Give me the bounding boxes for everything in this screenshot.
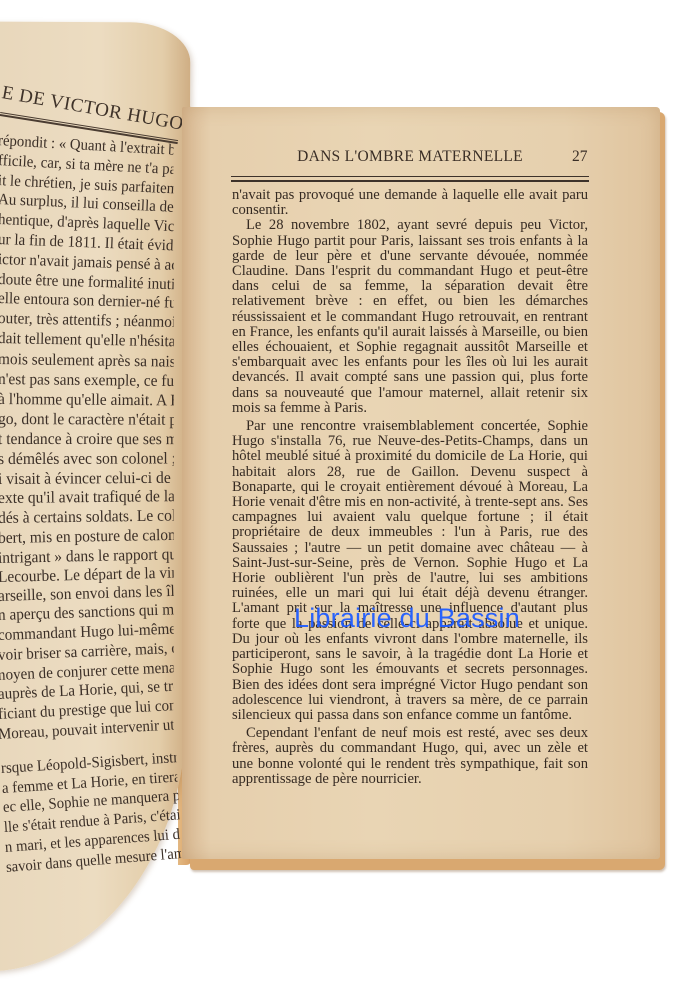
body-text: n'avait pas provoqué une demande à laque…: [232, 188, 588, 787]
left-page-line: outer, très attentifs ; néanmoins, le: [0, 310, 174, 332]
left-page-text: répondit : « Quant à l'extrait bapfficil…: [0, 0, 200, 900]
header-rule-thin: [231, 176, 589, 177]
paragraph: Par une rencontre vraisemblablement conc…: [232, 419, 588, 723]
left-page-line: go, dont le caractère n'était pas: [0, 409, 174, 430]
left-page-line: mois seulement après sa naissance: [0, 350, 174, 372]
header-rule-thick: [231, 180, 589, 182]
running-head: DANS L'OMBRE MATERNELLE: [230, 148, 590, 166]
left-page-line: i visait à évincer celui-ci de son com: [0, 467, 174, 488]
left-page-line: t tendance à croire que ses mérit: [0, 429, 174, 449]
photo-scene: E DE VICTOR HUGO répondit : « Quant à l'…: [0, 0, 685, 1000]
left-page-line: n'est pas sans exemple, ce fut sa m: [0, 370, 174, 391]
left-page-line: elle entoura son dernier-né furent: [0, 290, 174, 313]
watermark: Librairie du Bassin: [294, 603, 520, 634]
left-page-line: dait tellement qu'elle n'hésita pas à: [0, 330, 174, 351]
left-page-line: à l'homme qu'elle aimait. A Besan: [0, 389, 174, 410]
page-number: 27: [572, 148, 588, 166]
left-page-line: s démêlés avec son colonel ; il lui a: [0, 448, 174, 469]
paragraph: n'avait pas provoqué une demande à laque…: [232, 188, 588, 218]
paragraph: Cependant l'enfant de neuf mois est rest…: [232, 726, 588, 787]
paragraph: Le 28 novembre 1802, ayant sevré depuis …: [232, 218, 588, 416]
